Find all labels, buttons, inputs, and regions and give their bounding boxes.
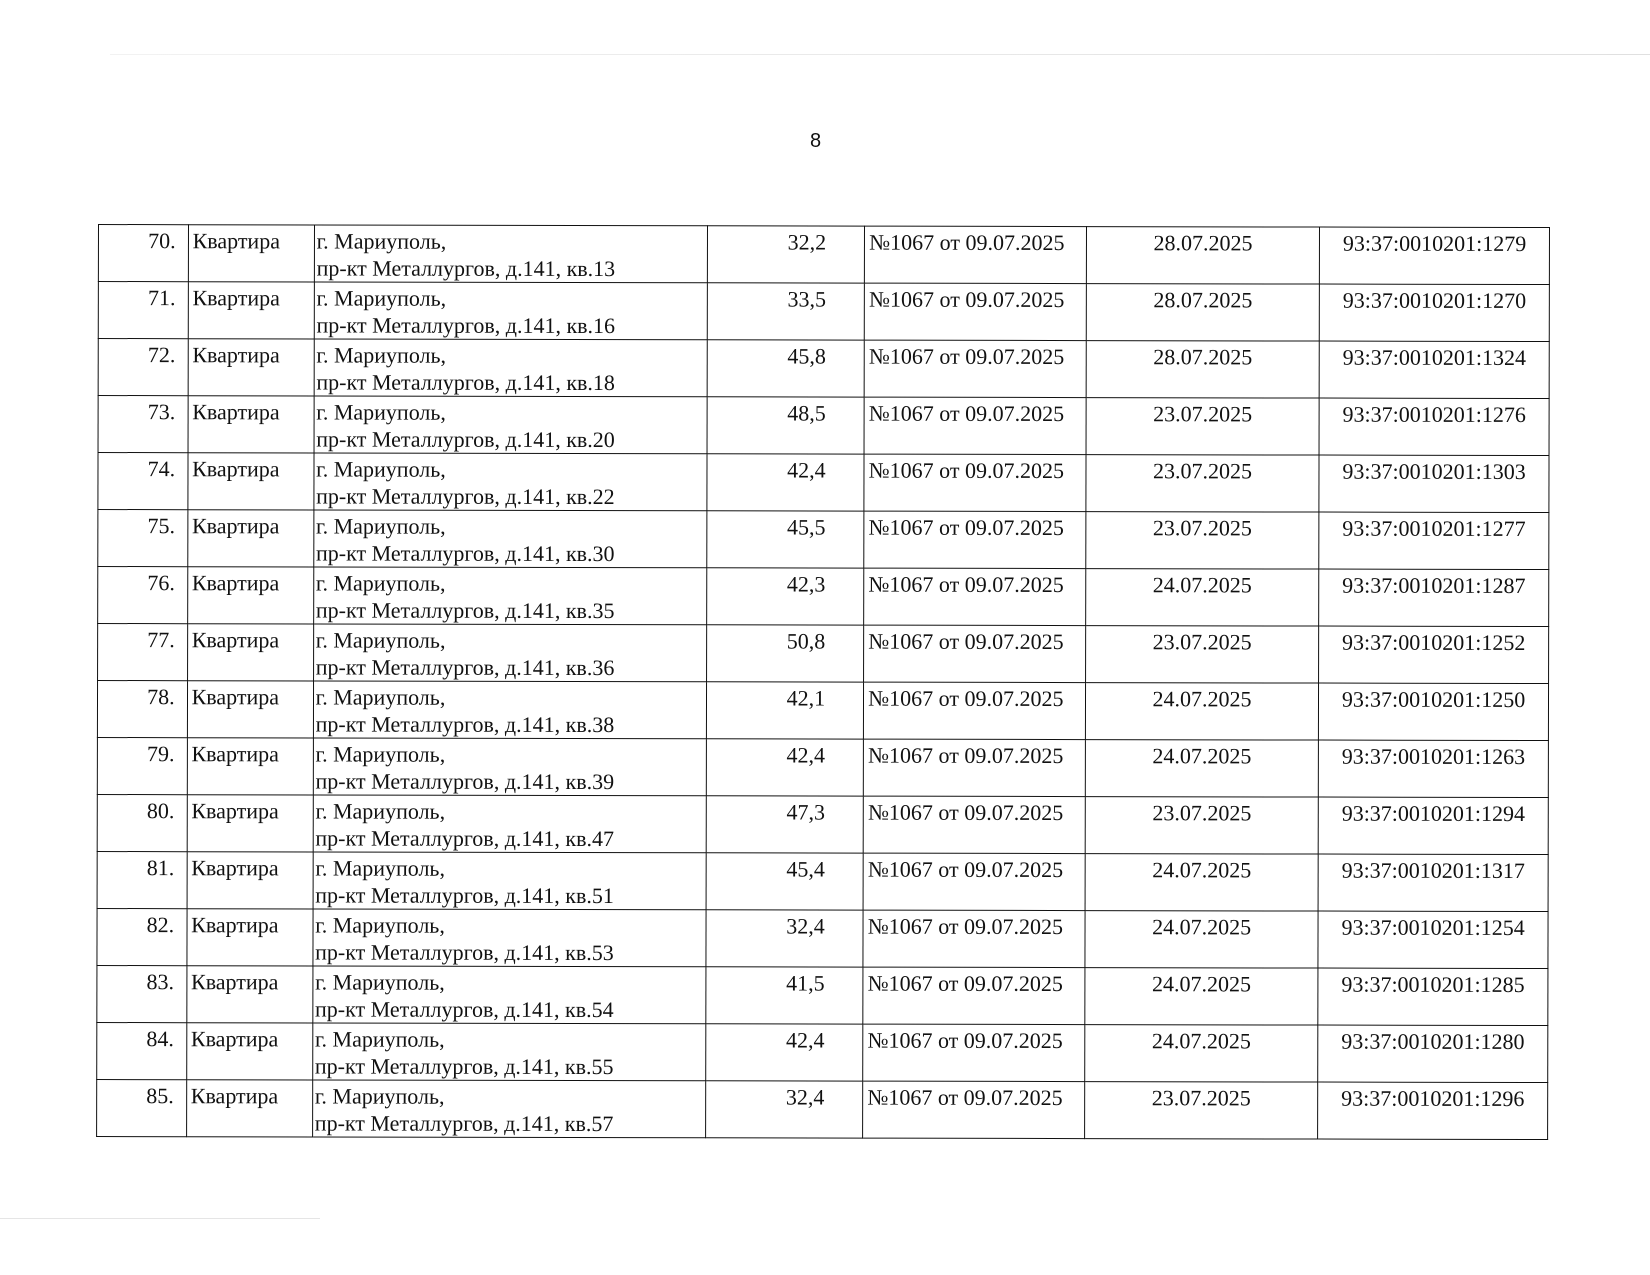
area-value: 45,5 <box>708 511 826 540</box>
row-number-cell: 82. <box>97 908 187 965</box>
row-number-cell: 80. <box>97 794 187 851</box>
area-cell: 32,2 <box>708 226 865 283</box>
date-value: 23.07.2025 <box>1086 626 1318 655</box>
date-cell: 23.07.2025 <box>1085 1082 1318 1139</box>
row-number-cell: 71. <box>98 282 188 339</box>
address-street: пр-кт Металлургов, д.141, кв.13 <box>317 254 708 282</box>
area-cell: 42,3 <box>707 568 864 625</box>
address-street: пр-кт Металлургов, д.141, кв.18 <box>316 368 707 396</box>
row-number: 83. <box>97 966 174 995</box>
address-city: г. Мариуполь, <box>316 396 707 426</box>
address-cell: г. Мариуполь,пр-кт Металлургов, д.141, к… <box>313 909 707 967</box>
decision-ref: №1067 от 09.07.2025 <box>867 1025 1084 1054</box>
cadastral-number: 93:37:0010201:1294 <box>1319 798 1548 827</box>
address-street: пр-кт Металлургов, д.141, кв.16 <box>316 311 707 339</box>
row-number-cell: 74. <box>98 453 188 510</box>
date-value: 23.07.2025 <box>1086 398 1318 427</box>
area-value: 42,4 <box>707 1024 825 1053</box>
decision-ref: №1067 от 09.07.2025 <box>869 341 1086 370</box>
date-value: 24.07.2025 <box>1085 911 1317 940</box>
object-type-cell: Квартира <box>187 738 313 795</box>
table-row: 79.Квартираг. Мариуполь,пр-кт Металлурго… <box>97 737 1548 797</box>
object-type-cell: Квартира <box>187 681 313 738</box>
address-cell: г. Мариуполь,пр-кт Металлургов, д.141, к… <box>313 567 707 625</box>
decision-ref: №1067 от 09.07.2025 <box>868 740 1085 769</box>
address-street: пр-кт Металлургов, д.141, кв.51 <box>315 881 706 909</box>
row-number: 85. <box>97 1080 174 1109</box>
table-row: 72.Квартираг. Мариуполь,пр-кт Металлурго… <box>98 339 1549 399</box>
object-type: Квартира <box>191 795 312 824</box>
area-value: 50,8 <box>707 625 825 654</box>
date-value: 24.07.2025 <box>1086 740 1318 769</box>
date-value: 23.07.2025 <box>1086 797 1318 826</box>
address-street: пр-кт Металлургов, д.141, кв.54 <box>315 995 706 1023</box>
cadastral-number: 93:37:0010201:1324 <box>1320 342 1549 371</box>
area-value: 42,4 <box>707 739 825 768</box>
address-cell: г. Мариуполь,пр-кт Металлургов, д.141, к… <box>314 453 708 511</box>
address-city: г. Мариуполь, <box>316 510 707 540</box>
address-city: г. Мариуполь, <box>315 1080 706 1110</box>
decision-cell: №1067 от 09.07.2025 <box>864 454 1086 511</box>
cadastral-number: 93:37:0010201:1280 <box>1318 1026 1547 1055</box>
object-type-cell: Квартира <box>188 282 314 339</box>
object-type-cell: Квартира <box>187 567 313 624</box>
address-street: пр-кт Металлургов, д.141, кв.55 <box>315 1052 706 1080</box>
address-cell: г. Мариуполь,пр-кт Металлургов, д.141, к… <box>313 738 707 796</box>
object-type: Квартира <box>192 396 313 425</box>
object-type-cell: Квартира <box>187 624 313 681</box>
row-number-cell: 75. <box>98 510 188 567</box>
row-number: 77. <box>98 624 175 653</box>
date-value: 24.07.2025 <box>1085 968 1317 997</box>
object-type: Квартира <box>191 1080 312 1109</box>
address-street: пр-кт Металлургов, д.141, кв.35 <box>316 596 707 624</box>
address-cell: г. Мариуполь,пр-кт Металлургов, д.141, к… <box>312 1080 706 1138</box>
address-street: пр-кт Металлургов, д.141, кв.30 <box>316 539 707 567</box>
table-row: 71.Квартираг. Мариуполь,пр-кт Металлурго… <box>98 282 1549 342</box>
address-city: г. Мариуполь, <box>316 453 707 483</box>
cadastral-cell: 93:37:0010201:1287 <box>1319 569 1549 626</box>
decision-ref: №1067 от 09.07.2025 <box>868 911 1085 940</box>
cadastral-number: 93:37:0010201:1254 <box>1319 912 1548 941</box>
address-street: пр-кт Металлургов, д.141, кв.39 <box>315 767 706 795</box>
area-value: 32,2 <box>708 226 826 255</box>
object-type: Квартира <box>191 1023 312 1052</box>
decision-ref: №1067 от 09.07.2025 <box>869 284 1086 313</box>
table-row: 82.Квартираг. Мариуполь,пр-кт Металлурго… <box>97 908 1548 968</box>
object-type: Квартира <box>193 225 314 254</box>
decision-cell: №1067 от 09.07.2025 <box>864 568 1086 625</box>
address-city: г. Мариуполь, <box>316 738 707 768</box>
row-number: 76. <box>98 567 175 596</box>
address-cell: г. Мариуполь,пр-кт Металлургов, д.141, к… <box>314 282 708 340</box>
scan-edge-line <box>110 54 1650 55</box>
cadastral-cell: 93:37:0010201:1280 <box>1318 1025 1548 1082</box>
row-number-cell: 78. <box>97 681 187 738</box>
date-value: 23.07.2025 <box>1086 455 1318 484</box>
row-number: 80. <box>98 795 175 824</box>
date-cell: 23.07.2025 <box>1086 398 1319 455</box>
cadastral-number: 93:37:0010201:1285 <box>1319 969 1548 998</box>
cadastral-cell: 93:37:0010201:1279 <box>1320 227 1550 284</box>
row-number: 82. <box>98 909 175 938</box>
area-cell: 50,8 <box>707 625 864 682</box>
address-street: пр-кт Металлургов, д.141, кв.53 <box>315 938 706 966</box>
area-cell: 41,5 <box>706 967 863 1024</box>
cadastral-number: 93:37:0010201:1270 <box>1320 285 1549 314</box>
date-cell: 24.07.2025 <box>1085 683 1318 740</box>
address-city: г. Мариуполь, <box>316 567 707 597</box>
row-number-cell: 72. <box>98 339 188 396</box>
decision-ref: №1067 от 09.07.2025 <box>868 968 1085 997</box>
decision-ref: №1067 от 09.07.2025 <box>869 455 1086 484</box>
address-city: г. Мариуполь, <box>316 624 707 654</box>
address-cell: г. Мариуполь,пр-кт Металлургов, д.141, к… <box>314 396 708 454</box>
decision-cell: №1067 от 09.07.2025 <box>865 226 1087 283</box>
address-city: г. Мариуполь, <box>315 1023 706 1053</box>
date-cell: 24.07.2025 <box>1085 1025 1318 1082</box>
row-number: 79. <box>98 738 175 767</box>
address-city: г. Мариуполь, <box>316 339 707 369</box>
date-cell: 24.07.2025 <box>1085 911 1318 968</box>
decision-cell: №1067 от 09.07.2025 <box>863 1024 1085 1081</box>
row-number: 71. <box>99 282 176 311</box>
address-city: г. Мариуполь, <box>315 795 706 825</box>
object-type-cell: Квартира <box>186 1080 312 1137</box>
object-type: Квартира <box>192 282 313 311</box>
date-cell: 24.07.2025 <box>1085 740 1318 797</box>
address-cell: г. Мариуполь,пр-кт Металлургов, д.141, к… <box>313 852 707 910</box>
cadastral-cell: 93:37:0010201:1303 <box>1319 455 1549 512</box>
address-cell: г. Мариуполь,пр-кт Металлургов, д.141, к… <box>313 966 707 1024</box>
date-cell: 24.07.2025 <box>1086 569 1319 626</box>
object-type-cell: Квартира <box>187 852 313 909</box>
object-type: Квартира <box>192 453 313 482</box>
object-type: Квартира <box>192 624 313 653</box>
cadastral-cell: 93:37:0010201:1254 <box>1318 911 1548 968</box>
cadastral-cell: 93:37:0010201:1270 <box>1319 284 1549 341</box>
cadastral-number: 93:37:0010201:1287 <box>1319 570 1548 599</box>
address-street: пр-кт Металлургов, д.141, кв.47 <box>315 824 706 852</box>
decision-ref: №1067 от 09.07.2025 <box>868 854 1085 883</box>
address-cell: г. Мариуполь,пр-кт Металлургов, д.141, к… <box>313 681 707 739</box>
address-city: г. Мариуполь, <box>316 681 707 711</box>
row-number: 73. <box>99 396 176 425</box>
area-value: 45,8 <box>708 340 826 369</box>
row-number: 84. <box>97 1023 174 1052</box>
row-number-cell: 76. <box>98 567 188 624</box>
area-value: 32,4 <box>707 910 825 939</box>
address-street: пр-кт Металлургов, д.141, кв.57 <box>315 1109 706 1137</box>
date-cell: 24.07.2025 <box>1085 854 1318 911</box>
decision-cell: №1067 от 09.07.2025 <box>863 739 1085 796</box>
area-cell: 42,4 <box>707 739 864 796</box>
table-body: 70.Квартираг. Мариуполь,пр-кт Металлурго… <box>97 225 1550 1140</box>
table-row: 75.Квартираг. Мариуполь,пр-кт Металлурго… <box>98 510 1549 570</box>
table-row: 78.Квартираг. Мариуполь,пр-кт Металлурго… <box>97 681 1548 741</box>
object-type-cell: Квартира <box>188 396 314 453</box>
area-value: 47,3 <box>707 796 825 825</box>
decision-cell: №1067 от 09.07.2025 <box>864 283 1086 340</box>
object-type-cell: Квартира <box>188 339 314 396</box>
date-cell: 24.07.2025 <box>1085 968 1318 1025</box>
area-value: 41,5 <box>707 967 825 996</box>
area-cell: 33,5 <box>708 283 865 340</box>
table-row: 83.Квартираг. Мариуполь,пр-кт Металлурго… <box>97 965 1548 1025</box>
date-cell: 28.07.2025 <box>1086 227 1319 284</box>
date-value: 23.07.2025 <box>1086 512 1318 541</box>
row-number: 75. <box>98 510 175 539</box>
area-cell: 48,5 <box>707 397 864 454</box>
decision-ref: №1067 от 09.07.2025 <box>869 398 1086 427</box>
object-type: Квартира <box>192 567 313 596</box>
area-value: 42,3 <box>708 568 826 597</box>
date-value: 24.07.2025 <box>1086 854 1318 883</box>
decision-cell: №1067 от 09.07.2025 <box>864 682 1086 739</box>
row-number-cell: 77. <box>98 624 188 681</box>
decision-cell: №1067 от 09.07.2025 <box>864 397 1086 454</box>
date-value: 23.07.2025 <box>1085 1082 1317 1111</box>
object-type: Квартира <box>192 339 313 368</box>
area-cell: 47,3 <box>707 796 864 853</box>
decision-cell: №1067 от 09.07.2025 <box>863 967 1085 1024</box>
object-type-cell: Квартира <box>187 909 313 966</box>
area-cell: 42,4 <box>706 1024 863 1081</box>
row-number: 74. <box>98 453 175 482</box>
row-number: 81. <box>98 852 175 881</box>
area-value: 42,4 <box>708 454 826 483</box>
row-number: 70. <box>99 225 176 254</box>
decision-cell: №1067 от 09.07.2025 <box>863 910 1085 967</box>
decision-ref: №1067 от 09.07.2025 <box>868 626 1085 655</box>
object-type: Квартира <box>192 681 313 710</box>
date-cell: 23.07.2025 <box>1086 512 1319 569</box>
table-row: 73.Квартираг. Мариуполь,пр-кт Металлурго… <box>98 396 1549 456</box>
date-cell: 23.07.2025 <box>1085 626 1318 683</box>
address-street: пр-кт Металлургов, д.141, кв.22 <box>316 482 707 510</box>
decision-ref: №1067 от 09.07.2025 <box>869 512 1086 541</box>
date-value: 28.07.2025 <box>1087 284 1319 313</box>
area-value: 32,4 <box>707 1081 825 1110</box>
cadastral-number: 93:37:0010201:1263 <box>1319 741 1548 770</box>
table-row: 70.Квартираг. Мариуполь,пр-кт Металлурго… <box>98 225 1549 285</box>
area-cell: 45,4 <box>706 853 863 910</box>
date-cell: 28.07.2025 <box>1086 284 1319 341</box>
cadastral-number: 93:37:0010201:1296 <box>1318 1083 1547 1112</box>
table-row: 76.Квартираг. Мариуполь,пр-кт Металлурго… <box>98 567 1549 627</box>
object-type-cell: Квартира <box>188 453 314 510</box>
row-number-cell: 85. <box>97 1079 187 1136</box>
row-number-cell: 70. <box>98 225 188 282</box>
object-type: Квартира <box>191 909 312 938</box>
decision-ref: №1067 от 09.07.2025 <box>868 797 1085 826</box>
decision-cell: №1067 от 09.07.2025 <box>863 796 1085 853</box>
decision-cell: №1067 от 09.07.2025 <box>864 511 1086 568</box>
object-type: Квартира <box>191 738 312 767</box>
decision-cell: №1067 от 09.07.2025 <box>864 340 1086 397</box>
address-city: г. Мариуполь, <box>317 282 708 312</box>
object-type-cell: Квартира <box>188 225 314 282</box>
date-value: 24.07.2025 <box>1085 1025 1317 1054</box>
cadastral-number: 93:37:0010201:1276 <box>1320 399 1549 428</box>
decision-cell: №1067 от 09.07.2025 <box>863 1081 1085 1138</box>
address-street: пр-кт Металлургов, д.141, кв.20 <box>316 425 707 453</box>
object-type-cell: Квартира <box>186 966 312 1023</box>
date-value: 28.07.2025 <box>1087 227 1319 256</box>
area-value: 45,4 <box>707 853 825 882</box>
table-row: 84.Квартираг. Мариуполь,пр-кт Металлурго… <box>97 1022 1548 1082</box>
object-type-cell: Квартира <box>187 510 313 567</box>
page-number: 8 <box>810 130 821 153</box>
scan-edge-line <box>0 1218 320 1219</box>
row-number: 72. <box>99 339 176 368</box>
address-cell: г. Мариуполь,пр-кт Металлургов, д.141, к… <box>313 795 707 853</box>
cadastral-cell: 93:37:0010201:1277 <box>1319 512 1549 569</box>
object-type: Квартира <box>191 966 312 995</box>
decision-cell: №1067 от 09.07.2025 <box>864 625 1086 682</box>
cadastral-cell: 93:37:0010201:1294 <box>1318 797 1548 854</box>
cadastral-number: 93:37:0010201:1303 <box>1320 456 1549 485</box>
date-cell: 23.07.2025 <box>1086 455 1319 512</box>
area-cell: 42,4 <box>707 454 864 511</box>
cadastral-cell: 93:37:0010201:1324 <box>1319 341 1549 398</box>
address-street: пр-кт Металлургов, д.141, кв.36 <box>316 653 707 681</box>
cadastral-cell: 93:37:0010201:1285 <box>1318 968 1548 1025</box>
address-city: г. Мариуполь, <box>315 966 706 996</box>
address-cell: г. Мариуполь,пр-кт Металлургов, д.141, к… <box>314 225 708 283</box>
row-number-cell: 83. <box>97 965 187 1022</box>
cadastral-number: 93:37:0010201:1317 <box>1319 855 1548 884</box>
row-number-cell: 73. <box>98 396 188 453</box>
cadastral-number: 93:37:0010201:1279 <box>1320 228 1549 257</box>
row-number-cell: 81. <box>97 851 187 908</box>
cadastral-cell: 93:37:0010201:1276 <box>1319 398 1549 455</box>
cadastral-cell: 93:37:0010201:1317 <box>1318 854 1548 911</box>
cadastral-number: 93:37:0010201:1277 <box>1320 513 1549 542</box>
date-value: 24.07.2025 <box>1086 683 1318 712</box>
area-cell: 45,8 <box>708 340 865 397</box>
row-number-cell: 79. <box>97 737 187 794</box>
date-value: 24.07.2025 <box>1086 569 1318 598</box>
cadastral-cell: 93:37:0010201:1252 <box>1319 626 1549 683</box>
cadastral-cell: 93:37:0010201:1296 <box>1318 1082 1548 1139</box>
object-type: Квартира <box>192 510 313 539</box>
decision-cell: №1067 от 09.07.2025 <box>863 853 1085 910</box>
table-row: 85.Квартираг. Мариуполь,пр-кт Металлурго… <box>97 1079 1548 1139</box>
object-type-cell: Квартира <box>186 1023 312 1080</box>
table-row: 74.Квартираг. Мариуполь,пр-кт Металлурго… <box>98 453 1549 513</box>
object-type: Квартира <box>191 852 312 881</box>
table-row: 81.Квартираг. Мариуполь,пр-кт Металлурго… <box>97 851 1548 911</box>
decision-ref: №1067 от 09.07.2025 <box>869 227 1086 256</box>
table-row: 77.Квартираг. Мариуполь,пр-кт Металлурго… <box>98 624 1549 684</box>
area-value: 42,1 <box>707 682 825 711</box>
row-number-cell: 84. <box>97 1022 187 1079</box>
address-cell: г. Мариуполь,пр-кт Металлургов, д.141, к… <box>314 339 708 397</box>
decision-ref: №1067 от 09.07.2025 <box>867 1082 1084 1111</box>
area-cell: 32,4 <box>706 910 863 967</box>
object-type-cell: Квартира <box>187 795 313 852</box>
address-city: г. Мариуполь, <box>315 852 706 882</box>
decision-ref: №1067 от 09.07.2025 <box>868 569 1085 598</box>
area-cell: 42,1 <box>707 682 864 739</box>
area-cell: 45,5 <box>707 511 864 568</box>
address-city: г. Мариуполь, <box>317 225 708 255</box>
table-row: 80.Квартираг. Мариуполь,пр-кт Металлурго… <box>97 794 1548 854</box>
date-cell: 28.07.2025 <box>1086 341 1319 398</box>
area-value: 48,5 <box>708 397 826 426</box>
cadastral-number: 93:37:0010201:1250 <box>1319 684 1548 713</box>
address-cell: г. Мариуполь,пр-кт Металлургов, д.141, к… <box>312 1023 706 1081</box>
date-value: 28.07.2025 <box>1087 341 1319 370</box>
address-cell: г. Мариуполь,пр-кт Металлургов, д.141, к… <box>313 510 707 568</box>
area-value: 33,5 <box>708 283 826 312</box>
address-city: г. Мариуполь, <box>315 909 706 939</box>
address-cell: г. Мариуполь,пр-кт Металлургов, д.141, к… <box>313 624 707 682</box>
property-registry-table: 70.Квартираг. Мариуполь,пр-кт Металлурго… <box>96 224 1550 1140</box>
date-cell: 23.07.2025 <box>1085 797 1318 854</box>
address-street: пр-кт Металлургов, д.141, кв.38 <box>316 710 707 738</box>
row-number: 78. <box>98 681 175 710</box>
cadastral-cell: 93:37:0010201:1263 <box>1319 740 1549 797</box>
cadastral-number: 93:37:0010201:1252 <box>1319 627 1548 656</box>
decision-ref: №1067 от 09.07.2025 <box>868 683 1085 712</box>
cadastral-cell: 93:37:0010201:1250 <box>1319 683 1549 740</box>
area-cell: 32,4 <box>706 1081 863 1138</box>
